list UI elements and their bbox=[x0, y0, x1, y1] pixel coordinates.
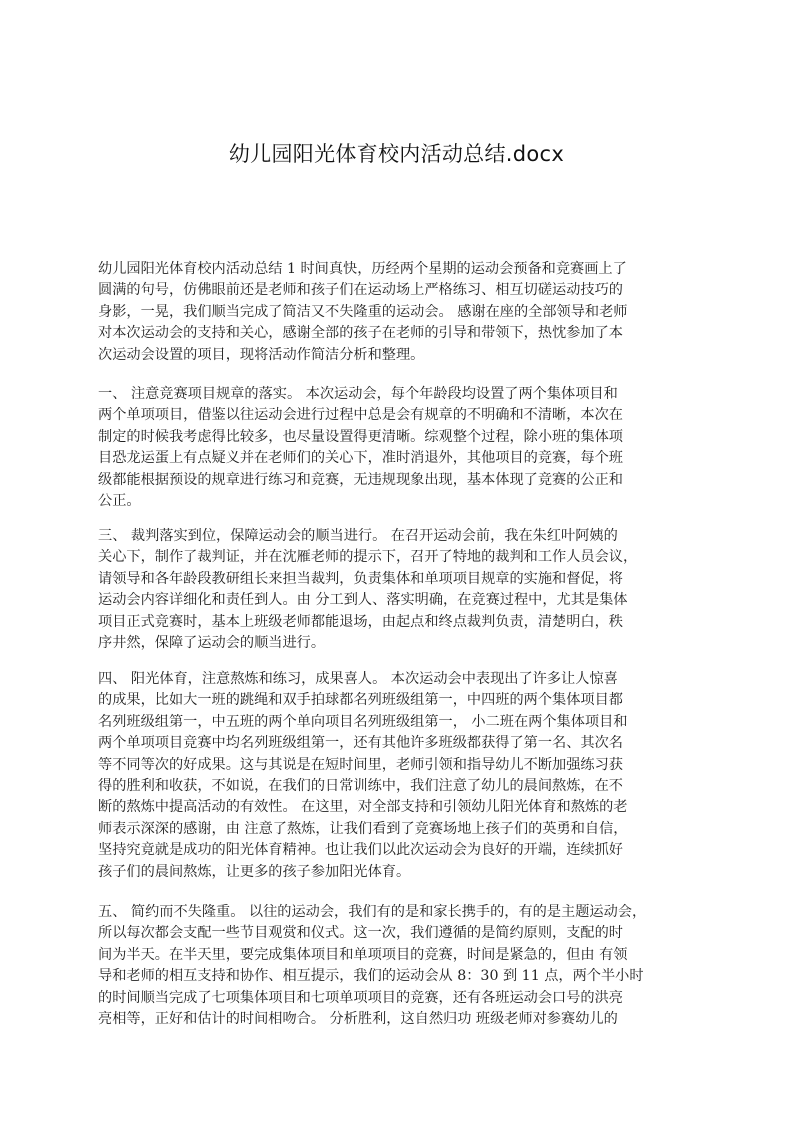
text-line: 五、 简约而不失隆重。 以往的运动会，我们有的是和家长携手的，有的是主题运动会， bbox=[98, 902, 718, 923]
paragraph-section-5: 五、 简约而不失隆重。 以往的运动会，我们有的是和家长携手的，有的是主题运动会，… bbox=[98, 902, 718, 1030]
text-line: 公正。 bbox=[98, 491, 718, 512]
paragraph-intro: 幼儿园阳光体育校内活动总结 1 时间真快，历经两个星期的运动会预备和竞赛画上了 … bbox=[98, 259, 718, 366]
text-line: 师表示深深的感谢，由 注意了熬炼，让我们看到了竞赛场地上孩子们的英勇和自信， bbox=[98, 819, 718, 840]
text-line: 目恐龙运蛋上有点疑义并在老师们的关心下，准时消退外，其他项目的竞赛，每个班 bbox=[98, 448, 718, 469]
text-line: 次运动会设置的项目，现将活动作简洁分析和整理。 bbox=[98, 345, 718, 366]
paragraph-section-4: 四、 阳光体育，注意熬炼和练习，成果喜人。 本次运动会中表现出了许多让人惊喜 的… bbox=[98, 669, 718, 883]
paragraph-section-1: 一、 注意竞赛项目规章的落实。 本次运动会，每个年龄段均设置了两个集体项目和 两… bbox=[98, 384, 718, 512]
text-line: 坚持究竟就是成功的阳光体育精神。也让我们以此次运动会为良好的开端，连续抓好 bbox=[98, 840, 718, 861]
text-line: 的时间顺当完成了七项集体项目和七项单项项目的竞赛，还有各班运动会口号的洪亮 bbox=[98, 988, 718, 1009]
text-line: 项目正式竞赛时，基本上班级老师都能退场，由起点和终点裁判负责，清楚明白，秩 bbox=[98, 612, 718, 633]
text-line: 身影，一晃，我们顺当完成了简洁又不失隆重的运动会。 感谢在座的全部领导和老师 bbox=[98, 302, 718, 323]
text-line: 亮相等，正好和估计的时间相吻合。 分析胜利，这自然归功 班级老师对参赛幼儿的 bbox=[98, 1009, 718, 1030]
text-line: 一、 注意竞赛项目规章的落实。 本次运动会，每个年龄段均设置了两个集体项目和 bbox=[98, 384, 718, 405]
paragraph-section-3: 三、 裁判落实到位，保障运动会的顺当进行。 在召开运动会前，我在朱红叶阿姨的 关… bbox=[98, 526, 718, 654]
text-line: 关心下，制作了裁判证，并在沈雁老师的提示下，召开了特地的裁判和工作人员会议， bbox=[98, 547, 718, 568]
text-line: 两个单项项目，借鉴以往运动会进行过程中总是会有规章的不明确和不清晰，本次在 bbox=[98, 405, 718, 426]
document-title: 幼儿园阳光体育校内活动总结.docx bbox=[0, 138, 793, 168]
text-line: 所以每次都会支配一些节目观赏和仪式。这一次，我们遵循的是简约原则，支配的时 bbox=[98, 923, 718, 944]
text-line: 序井然，保障了运动会的顺当进行。 bbox=[98, 633, 718, 654]
text-line: 导和老师的相互支持和协作、相互提示，我们的运动会从 8：30 到 11 点，两个… bbox=[98, 966, 718, 987]
text-line: 断的熬炼中提高活动的有效性。 在这里，对全部支持和引领幼儿阳光体育和熬炼的老 bbox=[98, 797, 718, 818]
text-line: 请领导和各年龄段教研组长来担当裁判，负责集体和单项项目规章的实施和督促，将 bbox=[98, 569, 718, 590]
text-line: 孩子们的晨间熬炼，让更多的孩子参加阳光体育。 bbox=[98, 862, 718, 883]
text-line: 两个单项项目竞赛中均名列班级组第一，还有其他许多班级都获得了第一名、其次名 bbox=[98, 733, 718, 754]
text-line: 级都能根据预设的规章进行练习和竞赛，无违规现象出现，基本体现了竞赛的公正和 bbox=[98, 470, 718, 491]
text-line: 圆满的句号，仿佛眼前还是老师和孩子们在运动场上严格练习、相互切磋运动技巧的 bbox=[98, 280, 718, 301]
text-line: 对本次运动会的支持和关心，感谢全部的孩子在老师的引导和带领下，热忱参加了本 bbox=[98, 323, 718, 344]
text-line: 间为半天。在半天里，要完成集体项目和单项项目的竞赛，时间是紧急的，但由 有领 bbox=[98, 945, 718, 966]
text-line: 幼儿园阳光体育校内活动总结 1 时间真快，历经两个星期的运动会预备和竞赛画上了 bbox=[98, 259, 718, 280]
text-line: 制定的时候我考虑得比较多，也尽量设置得更清晰。综观整个过程，除小班的集体项 bbox=[98, 427, 718, 448]
text-line: 三、 裁判落实到位，保障运动会的顺当进行。 在召开运动会前，我在朱红叶阿姨的 bbox=[98, 526, 718, 547]
text-line: 运动会内容详细化和责任到人。由 分工到人、落实明确，在竞赛过程中，尤其是集体 bbox=[98, 590, 718, 611]
text-line: 的成果，比如大一班的跳绳和双手拍球都名列班级组第一，中四班的两个集体项目都 bbox=[98, 690, 718, 711]
text-line: 名列班级组第一，中五班的两个单向项目名列班级组第一， 小二班在两个集体项目和 bbox=[98, 712, 718, 733]
text-line: 等不同等次的好成果。这与其说是在短时间里，老师引领和指导幼儿不断加强练习获 bbox=[98, 755, 718, 776]
text-line: 得的胜利和收获，不如说，在我们的日常训练中，我们注意了幼儿的晨间熬炼，在不 bbox=[98, 776, 718, 797]
text-line: 四、 阳光体育，注意熬炼和练习，成果喜人。 本次运动会中表现出了许多让人惊喜 bbox=[98, 669, 718, 690]
